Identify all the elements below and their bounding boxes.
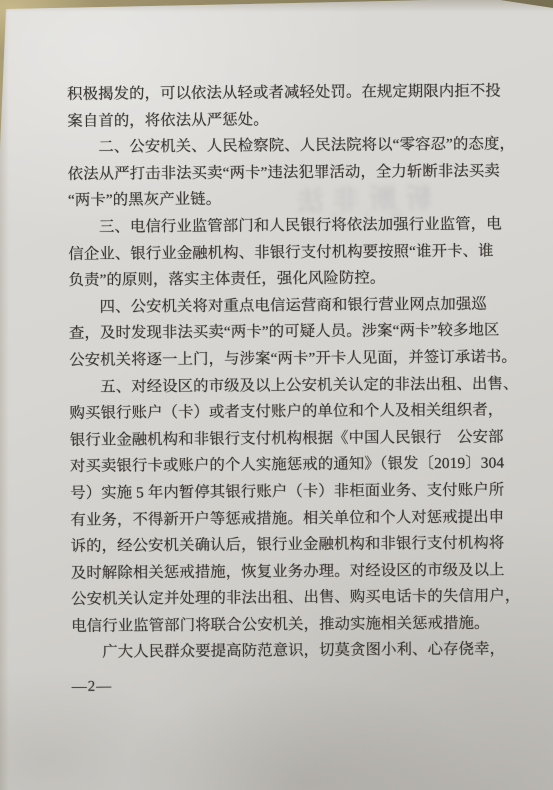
document-line: 公安机关将逐一上门，与涉案“两卡”开卡人见面，并签订承诺书。 [69, 344, 515, 374]
document-line: 四、公安机关将对重点电信运营商和银行营业网点加强巡 [69, 291, 515, 321]
document-line: 银行业金融机构和非银行支付机构根据《中国人民银行 公安部 [70, 424, 516, 454]
document-line: 五、对经设区的市级及以上公安机关认定的非法出租、出售、 [69, 371, 515, 401]
paper-sheet: 斩断非法 业丨彐 积极揭发的，可以依法从轻或者减轻处罚。在规定期限内拒不投 案自… [0, 0, 553, 790]
document-line: 三、电信行业监管部门和人民银行将依法加强行业监管，电 [68, 211, 514, 241]
document-line: 对买卖银行卡或账户的个人实施惩戒的通知》（银发〔2019〕304 [70, 451, 516, 481]
page-number: —2— [72, 671, 518, 701]
document-line: “两卡”的黑灰产业链。 [68, 185, 514, 215]
document-line: 查，及时发现非法买卖“两卡”的可疑人员。涉案“两卡”较多地区 [69, 318, 515, 348]
document-line: 积极揭发的，可以依法从轻或者减轻处罚。在规定期限内拒不投 [67, 78, 513, 108]
document-text: 积极揭发的，可以依法从轻或者减轻处罚。在规定期限内拒不投 案自首的，将依法从严惩… [67, 78, 518, 700]
document-line: 信企业、银行业金融机构、非银行支付机构要按照“谁开卡、谁 [68, 238, 514, 268]
document-line: 依法从严打击非法买卖“两卡”违法犯罪活动，全力斩断非法买卖 [68, 158, 514, 188]
document-line: 购买银行账户（卡）或者支付账户的单位和个人及相关组织者， [70, 398, 516, 428]
document-line: 二、公安机关、人民检察院、人民法院将以“零容忍”的态度， [67, 132, 513, 162]
document-line: 有业务，不得新开户等惩戒措施。相关单位和个人对惩戒提出申 [70, 504, 516, 534]
document-line: 及时解除相关惩戒措施，恢复业务办理。对经设区的市级及以上 [71, 557, 517, 587]
photo-of-document: { "page": { "desk_color": "#8d8161", "pa… [0, 0, 553, 790]
document-line: 号）实施 5 年内暂停其银行账户（卡）非柜面业务、支付账户所 [70, 477, 516, 507]
document-line: 电信行业监管部门将联合公安机关，推动实施相关惩戒措施。 [71, 610, 517, 640]
document-line: 案自首的，将依法从严惩处。 [67, 105, 513, 135]
document-line: 公安机关认定并处理的非法出租、出售、购买电话卡的失信用户， [71, 584, 517, 614]
document-line: 广大人民群众要提高防范意识，切莫贪图小利、心存侥幸， [71, 637, 517, 667]
document-line: 负责”的原则，落实主体责任，强化风险防控。 [68, 265, 514, 295]
document-line: 诉的，经公安机关确认后，银行业金融机构和非银行支付机构将 [71, 531, 517, 561]
